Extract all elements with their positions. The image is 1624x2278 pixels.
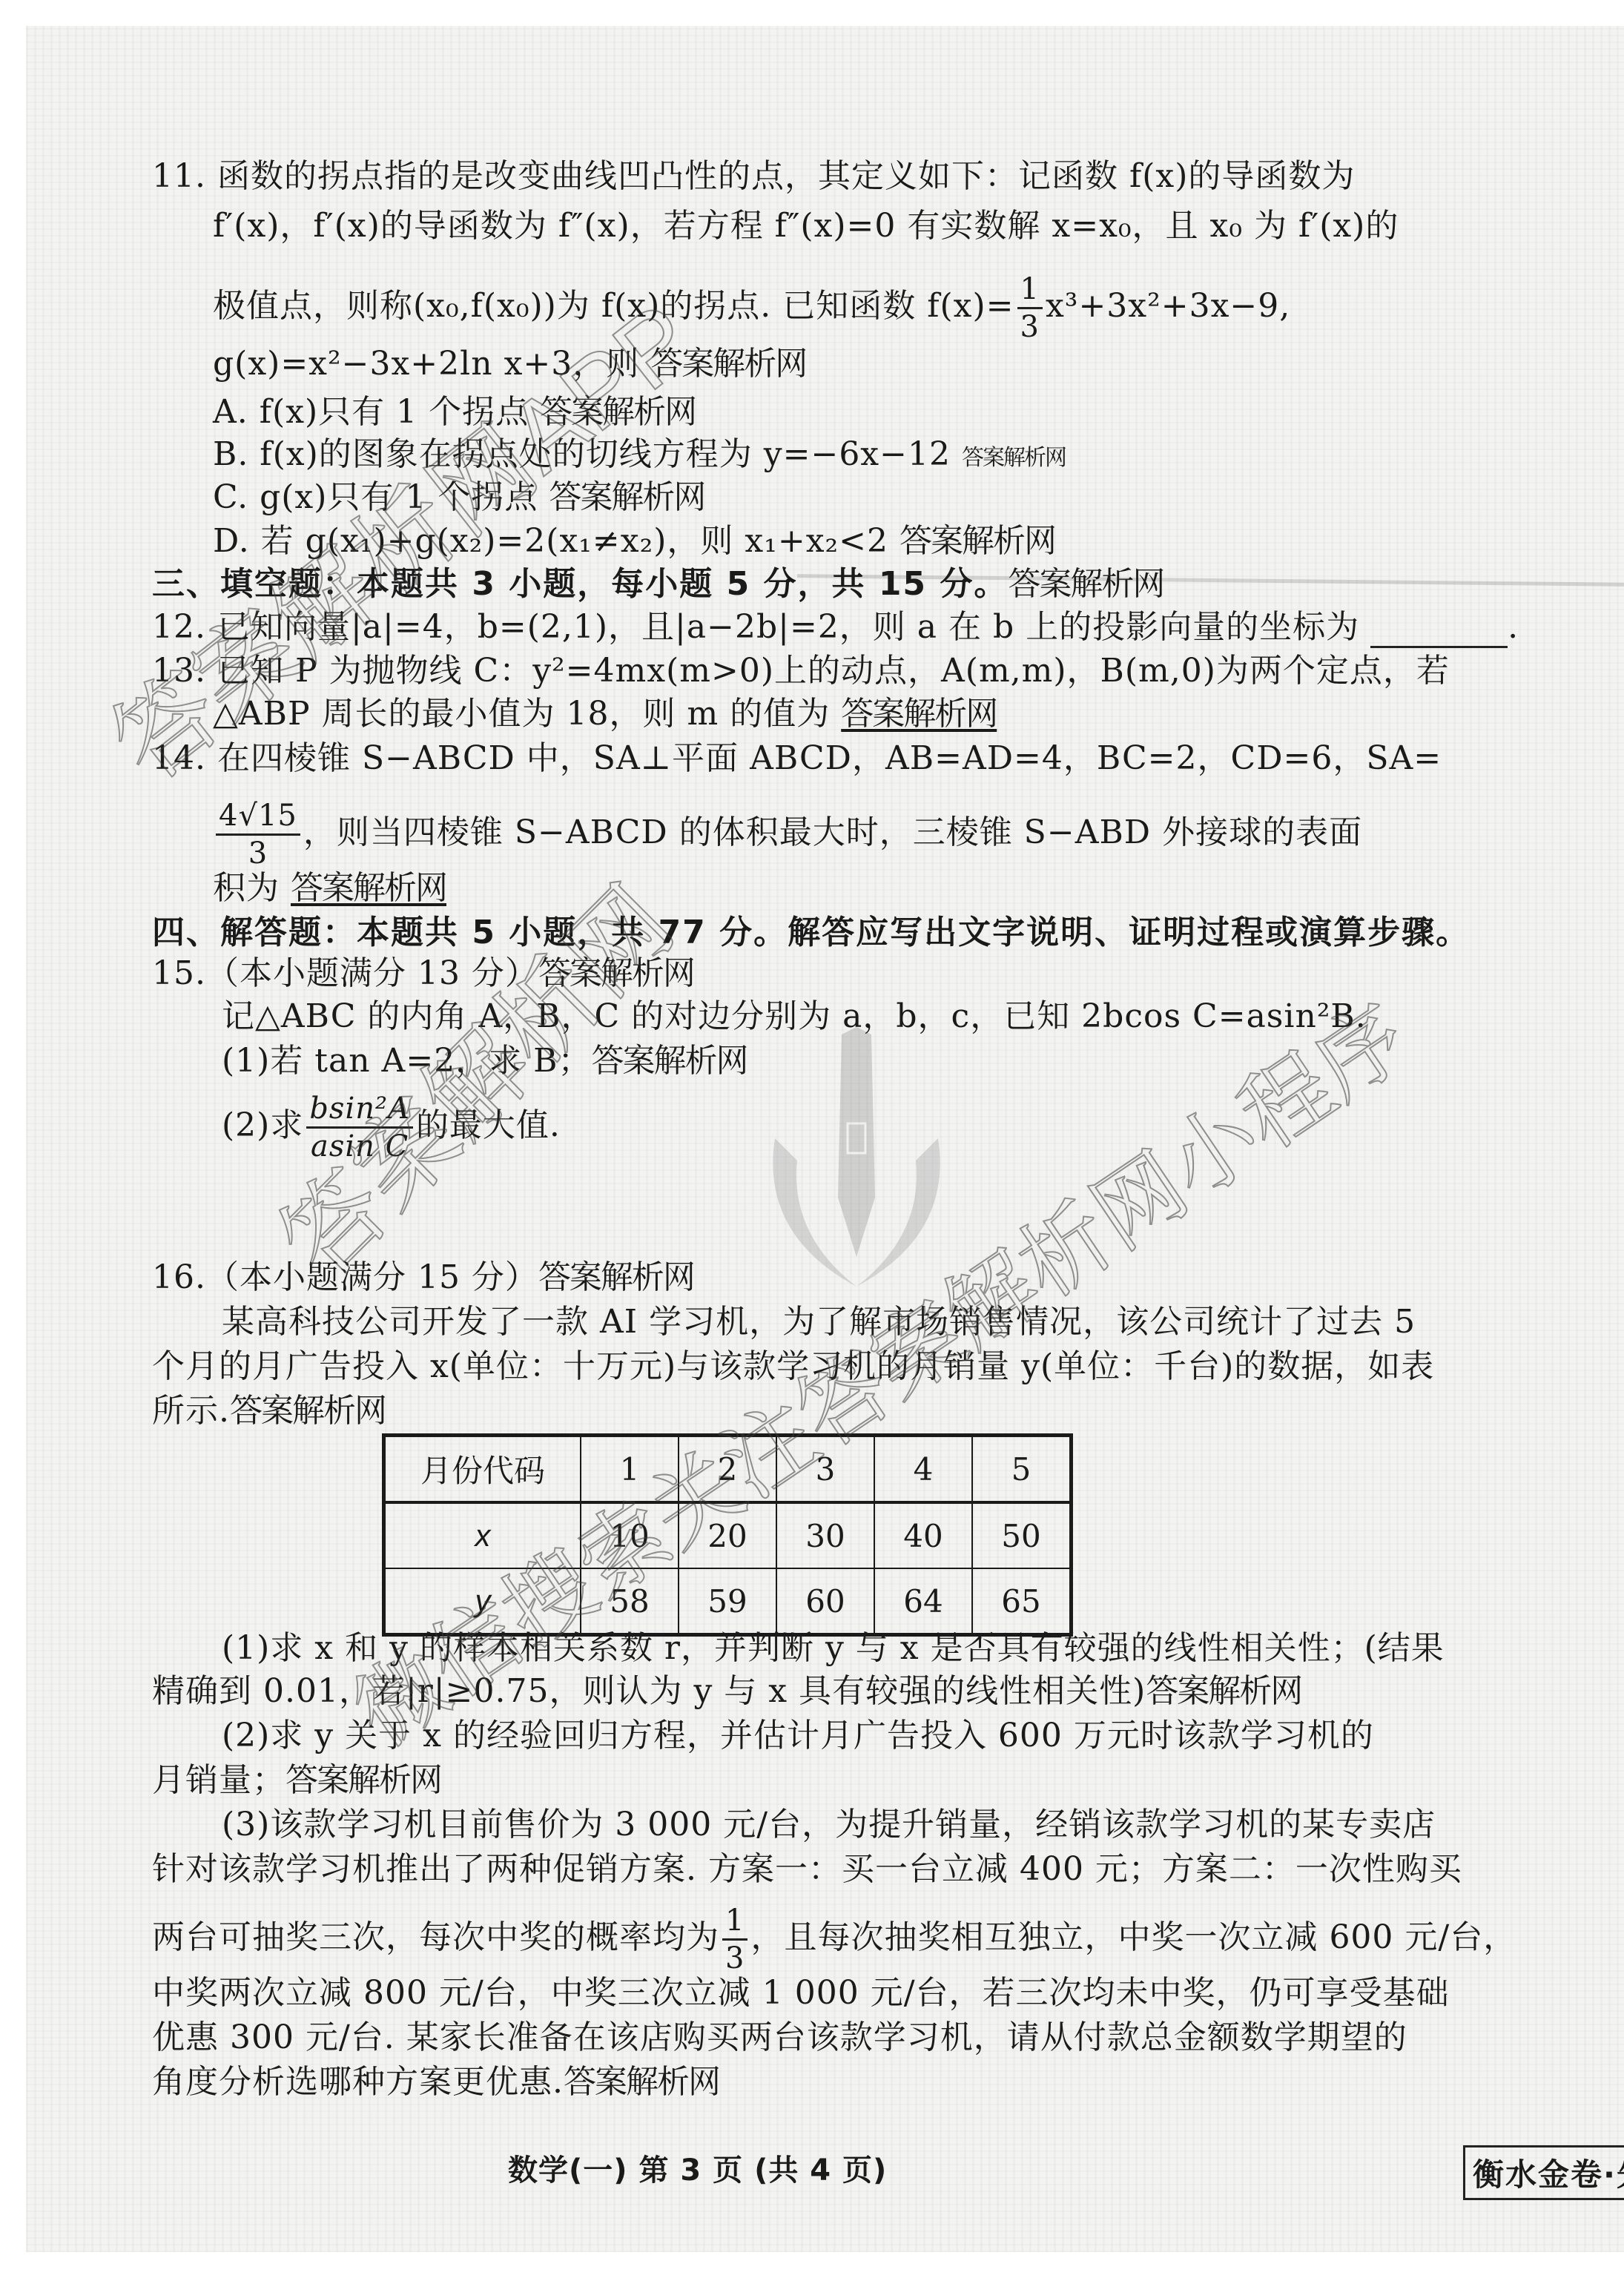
watermark-inline: 答案解析网 [592,1043,747,1079]
q13-line2: △ABP 周长的最小值为 18，则 m 的值为 答案解析网 [213,693,997,735]
watermark-inline: 答案解析网 [285,1762,441,1798]
watermark-inline: 答案解析网 [538,955,694,991]
q16-header: 16.（本小题满分 15 分）答案解析网 [152,1257,694,1298]
q14-line2: 4√153，则当四棱锥 S−ABCD 的体积最大时，三棱锥 S−ABD 外接球的… [213,801,1362,868]
q11-line3-text: 极值点，则称(x₀,f(x₀))为 f(x)的拐点. 已知函数 f(x)= [213,287,1014,325]
watermark-inline: 答案解析网 [650,346,806,382]
q15-part1: (1)若 tan A=2，求 B；答案解析网 [222,1040,747,1082]
q16-stem3: 所示.答案解析网 [152,1390,386,1432]
q13-line1: 13. 已知 P 为抛物线 C：y²=4mx(m>0)上的动点，A(m,m)，B… [152,650,1450,692]
q15-part2: (2)求bsin²Aasin C的最大值. [222,1094,561,1161]
q16-part1-line2: 精确到 0.01，若|r|≥0.75，则认为 y 与 x 具有较强的线性相关性)… [152,1671,1301,1712]
watermark-inline: 答案解析网 [540,394,696,430]
q16-part3-line5: 优惠 300 元/台. 某家长准备在该店购买两台该款学习机，请从付款总金额数学期… [152,2017,1407,2059]
q14-line1: 14. 在四棱锥 S−ABCD 中，SA⊥平面 ABCD，AB=AD=4，BC=… [152,738,1442,779]
q16-part3-line1: (3)该款学习机目前售价为 3 000 元/台，为提升销量，经销该款学习机的某专… [222,1804,1436,1846]
q11-option-b: B. f(x)的图象在拐点处的切线方程为 y=−6x−12 答案解析网 [213,434,1066,479]
q12: 12. 已知向量|a|=4，b=(2,1)，且|a−2b|=2，则 a 在 b … [152,607,1519,648]
pen-nib-logo-icon [745,1012,968,1294]
q11-line4: g(x)=x²−3x+2ln x+3，则 答案解析网 [213,343,806,385]
watermark-inline: 答案解析网 [841,696,997,732]
q16-part2-line2: 月销量；答案解析网 [152,1760,441,1801]
q11-line2: f′(x)，f′(x)的导函数为 f″(x)，若方程 f″(x)=0 有实数解 … [213,205,1399,247]
watermark-inline: 答案解析网 [291,870,446,906]
q11-option-d: D. 若 g(x₁)+g(x₂)=2(x₁≠x₂)，则 x₁+x₂<2 答案解析… [213,521,1055,562]
watermark-inline: 答案解析网 [549,479,704,515]
exam-page: 11. 函数的拐点指的是改变曲线凹凸性的点，其定义如下：记函数 f(x)的导函数… [26,26,1624,2252]
table-row-y: y 58 59 60 64 65 [384,1568,1072,1635]
watermark-inline: 答案解析网 [538,1259,694,1295]
q16-part2-line1: (2)求 y 关于 x 的经验回归方程，并估计月广告投入 600 万元时该款学习… [222,1715,1374,1757]
q11-line3-tail: x³+3x²+3x−9, [1046,287,1290,325]
fraction: bsin²Aasin C [306,1094,413,1161]
q11-line1: 11. 函数的拐点指的是改变曲线凹凸性的点，其定义如下：记函数 f(x)的导函数… [152,156,1355,197]
watermark-inline: 答案解析网 [1146,1673,1301,1709]
fraction: 13 [1017,274,1043,342]
watermark-inline: 答案解析网 [900,523,1055,559]
q16-stem1: 某高科技公司开发了一款 AI 学习机，为了解市场销售情况，该公司统计了过去 5 [222,1301,1416,1343]
q14-line3: 积为 答案解析网 [213,868,446,909]
q11-option-c: C. g(x)只有 1 个拐点 答案解析网 [213,477,704,518]
watermark-inline: 答案解析网 [230,1393,386,1429]
q16-part3-line2: 针对该款学习机推出了两种促销方案. 方案一：买一台立减 400 元；方案二：一次… [152,1849,1462,1890]
watermark-inline: 答案解析网 [962,446,1066,470]
section4-heading: 四、解答题：本题共 5 小题，共 77 分。解答应写出文字说明、证明过程或演算步… [152,912,1470,954]
fraction: 13 [722,1906,747,1973]
q11-option-a: A. f(x)只有 1 个拐点 答案解析网 [213,392,696,433]
q16-stem2: 个月的月广告投入 x(单位：十万元)与该款学习机的月销量 y(单位：千台)的数据… [152,1346,1434,1387]
section3-heading: 三、填空题：本题共 3 小题，每小题 5 分，共 15 分。答案解析网 [152,564,1163,605]
q15-stem: 记△ABC 的内角 A，B，C 的对边分别为 a，b，c，已知 2bcos C=… [222,996,1367,1037]
table-row-x: x 10 20 30 40 50 [384,1502,1072,1568]
answer-blank [1370,613,1508,648]
sales-data-table: 月份代码 1 2 3 4 5 x 10 20 30 40 50 y 58 59 … [382,1433,1073,1637]
watermark-inline: 答案解析网 [564,2064,719,2100]
q11-line3: 极值点，则称(x₀,f(x₀))为 f(x)的拐点. 已知函数 f(x)=13x… [213,274,1290,342]
table-row-header: 月份代码 1 2 3 4 5 [384,1436,1072,1503]
q16-part3-line4: 中奖两次立减 800 元/台，中奖三次立减 1 000 元/台，若三次均未中奖，… [152,1972,1450,2014]
q16-part3-line6: 角度分析选哪种方案更优惠.答案解析网 [152,2061,719,2103]
fraction: 4√153 [216,801,300,868]
page-number-label: 数学(一) 第 3 页 (共 4 页) [508,2147,887,2189]
brand-box: 衡水金卷·先 [1463,2145,1624,2200]
watermark-inline: 答案解析网 [1008,566,1163,602]
q16-part3-line3: 两台可抽奖三次，每次中奖的概率均为13，且每次抽奖相互独立，中奖一次立减 600… [152,1906,1516,1973]
q15-header: 15.（本小题满分 13 分）答案解析网 [152,953,694,994]
